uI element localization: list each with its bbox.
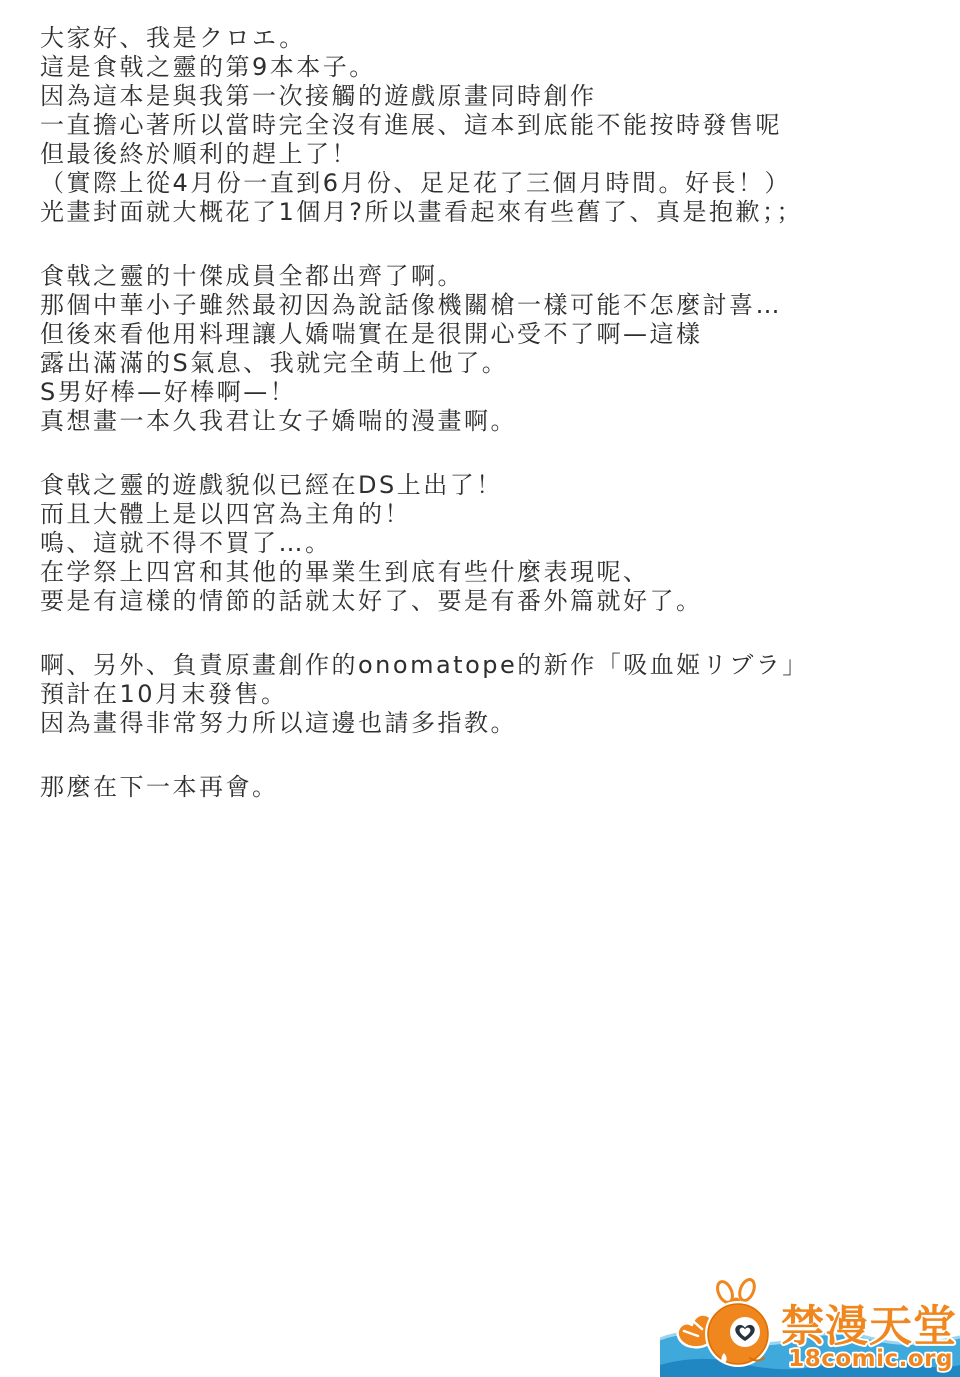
- text-line: 因為這本是與我第一次接觸的遊戲原畫同時創作: [40, 82, 809, 111]
- paragraph: 大家好、我是クロエ。這是食戟之靈的第9本本子。因為這本是與我第一次接觸的遊戲原畫…: [40, 24, 809, 227]
- ribbon-bow-icon: [737, 1277, 757, 1302]
- afterword-page: 大家好、我是クロエ。這是食戟之靈的第9本本子。因為這本是與我第一次接觸的遊戲原畫…: [0, 0, 960, 1377]
- watermark-site-name: 禁漫天堂: [781, 1302, 957, 1352]
- watermark-graphic: 禁漫天堂 18comic.org: [660, 1277, 960, 1377]
- text-line: （實際上從4月份一直到6月份、足足花了三個月時間。好長！）: [40, 169, 809, 198]
- text-line: 食戟之靈的十傑成員全都出齊了啊。: [40, 262, 809, 291]
- paragraph: 啊、另外、負責原畫創作的onomatope的新作「吸血姬リブラ」預計在10月末發…: [40, 651, 809, 738]
- paragraph: 食戟之靈的十傑成員全都出齊了啊。那個中華小子雖然最初因為說話像機關槍一樣可能不怎…: [40, 262, 809, 436]
- watermark-logo: 禁漫天堂 18comic.org: [660, 1277, 960, 1377]
- text-line: 但後來看他用料理讓人嬌喘實在是很開心受不了啊—這樣: [40, 320, 809, 349]
- text-line: 光畫封面就大概花了1個月?所以畫看起來有些舊了、真是抱歉；；: [40, 198, 809, 227]
- text-line: 因為畫得非常努力所以這邊也請多指教。: [40, 709, 809, 738]
- watermark-site-url: 18comic.org: [788, 1346, 953, 1372]
- text-line: 預計在10月末發售。: [40, 680, 809, 709]
- text-line: 要是有這樣的情節的話就太好了、要是有番外篇就好了。: [40, 587, 809, 616]
- text-line: 一直擔心著所以當時完全沒有進展、這本到底能不能按時發售呢: [40, 111, 809, 140]
- paragraph: 那麼在下一本再會。: [40, 773, 809, 802]
- text-line: 那麼在下一本再會。: [40, 773, 809, 802]
- text-line: 食戟之靈的遊戲貌似已經在DS上出了！: [40, 471, 809, 500]
- text-line: 嗚、這就不得不買了…。: [40, 529, 809, 558]
- text-line: 那個中華小子雖然最初因為說話像機關槍一樣可能不怎麼討喜…: [40, 291, 809, 320]
- text-line: 但最後終於順利的趕上了！: [40, 140, 809, 169]
- paragraph: 食戟之靈的遊戲貌似已經在DS上出了！而且大體上是以四宮為主角的！嗚、這就不得不買…: [40, 471, 809, 616]
- text-line: S男好棒—好棒啊—！: [40, 378, 809, 407]
- text-line: 在学祭上四宮和其他的畢業生到底有些什麼表現呢、: [40, 558, 809, 587]
- text-line: 真想畫一本久我君让女子嬌喘的漫畫啊。: [40, 407, 809, 436]
- text-line: 啊、另外、負責原畫創作的onomatope的新作「吸血姬リブラ」: [40, 651, 809, 680]
- afterword-text: 大家好、我是クロエ。這是食戟之靈的第9本本子。因為這本是與我第一次接觸的遊戲原畫…: [40, 24, 809, 837]
- text-line: 露出滿滿的S氣息、我就完全萌上他了。: [40, 349, 809, 378]
- text-line: 而且大體上是以四宮為主角的！: [40, 500, 809, 529]
- text-line: 這是食戟之靈的第9本本子。: [40, 53, 809, 82]
- text-line: 大家好、我是クロエ。: [40, 24, 809, 53]
